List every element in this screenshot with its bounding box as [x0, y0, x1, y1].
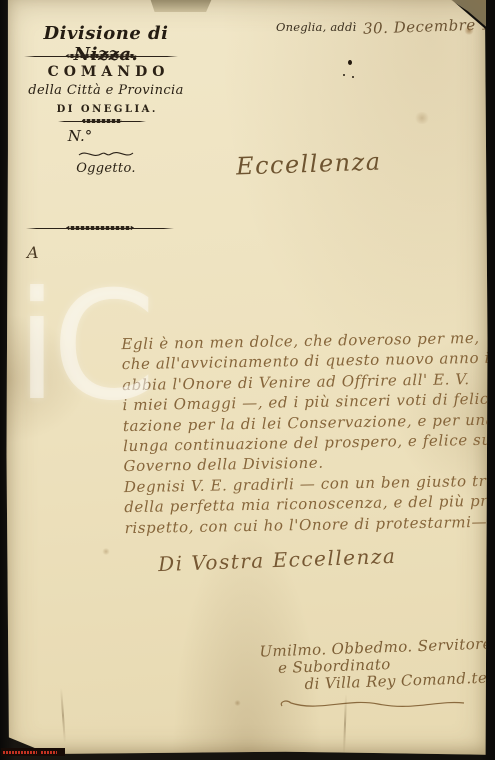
ink-blot [343, 74, 345, 76]
salutation: Eccellenza [236, 147, 382, 180]
command-subtitle-2: DI ONEGLIA. [20, 104, 192, 115]
subject-label: Oggetto. [20, 161, 192, 176]
signature-line: di Villa Rey Comand.te [304, 670, 474, 693]
command-subtitle-1: della Città e Provincia [20, 83, 192, 98]
watermark-bar-number [41, 751, 57, 754]
letter-body: Egli è non men dolce, che doveroso per m… [121, 328, 487, 538]
ink-blot [352, 76, 354, 78]
stain [414, 112, 430, 124]
watermark-bar [1, 748, 65, 756]
stain [464, 26, 474, 35]
ornamental-rule-top [24, 54, 178, 58]
margin-rule [26, 226, 174, 230]
number-label: N.° [0, 127, 166, 145]
stain [102, 548, 110, 555]
ink-blot [348, 60, 352, 65]
stain [234, 700, 241, 706]
tape-mark [148, 0, 214, 12]
dateline-handwritten: 30. Decembre 1832 [363, 14, 495, 38]
letterhead: Divisione di Nizza. COMANDO della Città … [20, 14, 192, 184]
division-title: Divisione di Nizza. [20, 23, 192, 65]
crease [60, 688, 66, 743]
ornamental-rule-bottom [58, 119, 146, 123]
margin-mark: A [27, 243, 39, 262]
photo-background: Divisione di Nizza. COMANDO della Città … [0, 0, 495, 760]
dateline-printed: Oneglia, addì [276, 20, 356, 34]
watermark-bar-text [3, 751, 37, 754]
command-title: COMANDO [20, 64, 192, 80]
signature-block: Umilmo. Obbedmo. Servitore e Subordinato… [253, 636, 475, 695]
signature-paraph-icon [278, 696, 468, 712]
letter-paper: Divisione di Nizza. COMANDO della Città … [6, 0, 488, 757]
flourish-ornament-icon [77, 148, 135, 160]
dateline: Oneglia, addì 30. Decembre 1832 [276, 16, 495, 35]
valediction: Di Vostra Eccellenza [158, 544, 397, 576]
